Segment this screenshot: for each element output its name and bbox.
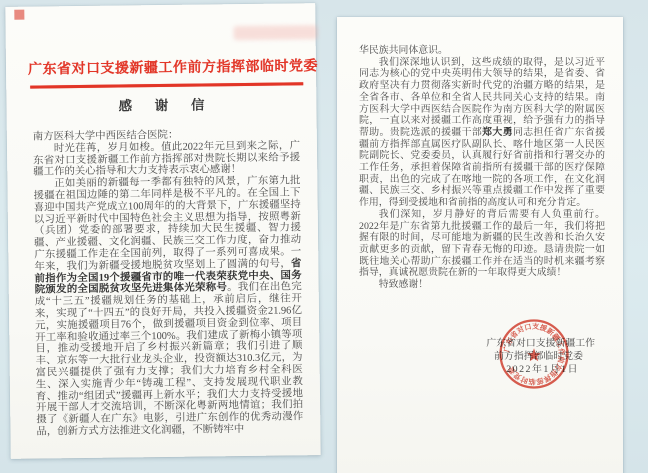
recognition-text-post: 同志担任省广东省援疆前方指挥部直属医疗队副队长、喀什地区第一人民医院副院长、党委… bbox=[359, 127, 605, 208]
letterhead-title: 广东省对口支援新疆工作前方指挥部临时党委 bbox=[28, 55, 302, 78]
closing-text: 特致感谢！ bbox=[379, 279, 428, 290]
paragraph-achievements: 正如美丽的新疆每一季都有独特的风景，广东第九批援疆在祖国边陲的第二年同样是极不平… bbox=[33, 176, 303, 439]
scanned-letter-canvas: { "colors": { "background": "#d7e5ea", "… bbox=[0, 0, 648, 473]
ink-bleed-smudge bbox=[234, 25, 318, 40]
page-1-body: 南方医科大学中西医结合医院： 时光荏苒，岁月如梭。值此2022年元旦到来之际，广… bbox=[33, 128, 304, 438]
signature-org-line-2: 前方指挥部临时党委 bbox=[359, 350, 583, 363]
outlook-text: 我们深知，岁月静好的背后需要有人负重前行。2022年是广东省第九批援疆工作的最后… bbox=[359, 209, 605, 279]
signature-org-line-1: 广东省对口支援新疆工作 bbox=[359, 337, 595, 350]
closing-line: 特致感谢！ bbox=[359, 279, 605, 291]
signature-date: 2022年1月1日 bbox=[359, 363, 579, 377]
page-2-body: 华民族共同体意识。 我们深深地认识到，这些成绩的取得，是以习近平同志为核心的党中… bbox=[359, 45, 605, 377]
signature-block: 广东省对口支援新疆工作 前方指挥部临时党委 2022年1月1日 bbox=[359, 337, 605, 377]
letterhead-rule bbox=[30, 82, 303, 88]
paragraph-greeting: 时光荏苒，岁月如梭。值此2022年元旦到来之际，广东省对口支援新疆工作前方指挥部… bbox=[33, 140, 300, 179]
red-corner-mark bbox=[14, 10, 24, 20]
paragraph-recognition: 我们深深地认识到，这些成绩的取得，是以习近平同志为核心的党中央英明伟大领导的结果… bbox=[359, 57, 605, 209]
achievements-text-pre: 正如美丽的新疆每一季都有独特的风景，广东第九批援疆在祖国边陲的第二年同样是极不平… bbox=[33, 176, 301, 273]
paragraph-greeting-text: 时光荏苒，岁月如梭。值此2022年元旦到来之际，广东省对口支援新疆工作前方指挥部… bbox=[33, 140, 300, 178]
letter-page-2: 华民族共同体意识。 我们深深地认识到，这些成绩的取得，是以习近平同志为核心的党中… bbox=[337, 17, 623, 473]
letter-title: 感 谢 信 bbox=[6, 92, 316, 116]
letter-page-1: 广东省对口支援新疆工作前方指挥部临时党委 感 谢 信 南方医科大学中西医结合医院… bbox=[5, 3, 320, 459]
paragraph-outlook: 我们深知，岁月静好的背后需要有人负重前行。2022年是广东省第九批援疆工作的最后… bbox=[359, 209, 605, 279]
recognition-text-pre: 我们深深地认识到，这些成绩的取得，是以习近平同志为核心的党中央英明伟大领导的结果… bbox=[359, 57, 605, 138]
achievements-text-post: 。我们在出色完成“十三五”援疆规划任务的基础上，承前启后，继往开来，实现了“十四… bbox=[35, 282, 304, 438]
continuation-line: 华民族共同体意识。 bbox=[359, 45, 605, 57]
cadre-name-bold: 郑大勇 bbox=[482, 127, 513, 138]
